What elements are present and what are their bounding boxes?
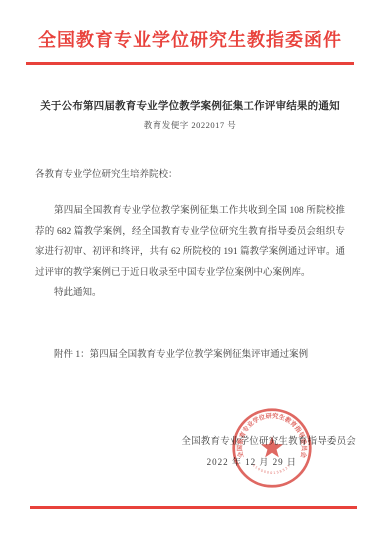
signature-committee: 全国教育专业学位研究生教育指导委员会: [181, 433, 356, 447]
closing-line: 特此通知。: [35, 283, 345, 304]
document-page: 全国教育专业学位研究生教指委函件 关于公布第四届教育专业学位教学案例征集工作评审…: [0, 0, 380, 534]
body-paragraph: 第四届全国教育专业学位教学案例征集工作共收到全国 108 所院校推荐的 682 …: [35, 201, 345, 283]
doc-number: 教育发便字 2022017 号: [0, 119, 380, 131]
salutation: 各教育专业学位研究生培养院校：: [35, 166, 345, 180]
letterhead-divider: [26, 62, 354, 65]
attachment-line: 附件 1：第四届全国教育专业学位教学案例征集评审通过案例: [35, 346, 345, 360]
signature-block: 全国教育专业学位研究生教育指导委员会 2022 年 12 月 29 日: [181, 433, 356, 468]
doc-title: 关于公布第四届教育专业学位教学案例征集工作评审结果的通知: [0, 98, 380, 113]
footer-divider: [30, 506, 357, 509]
letterhead-title: 全国教育专业学位研究生教指委函件: [0, 0, 380, 50]
signature-date: 2022 年 12 月 29 日: [181, 455, 356, 468]
